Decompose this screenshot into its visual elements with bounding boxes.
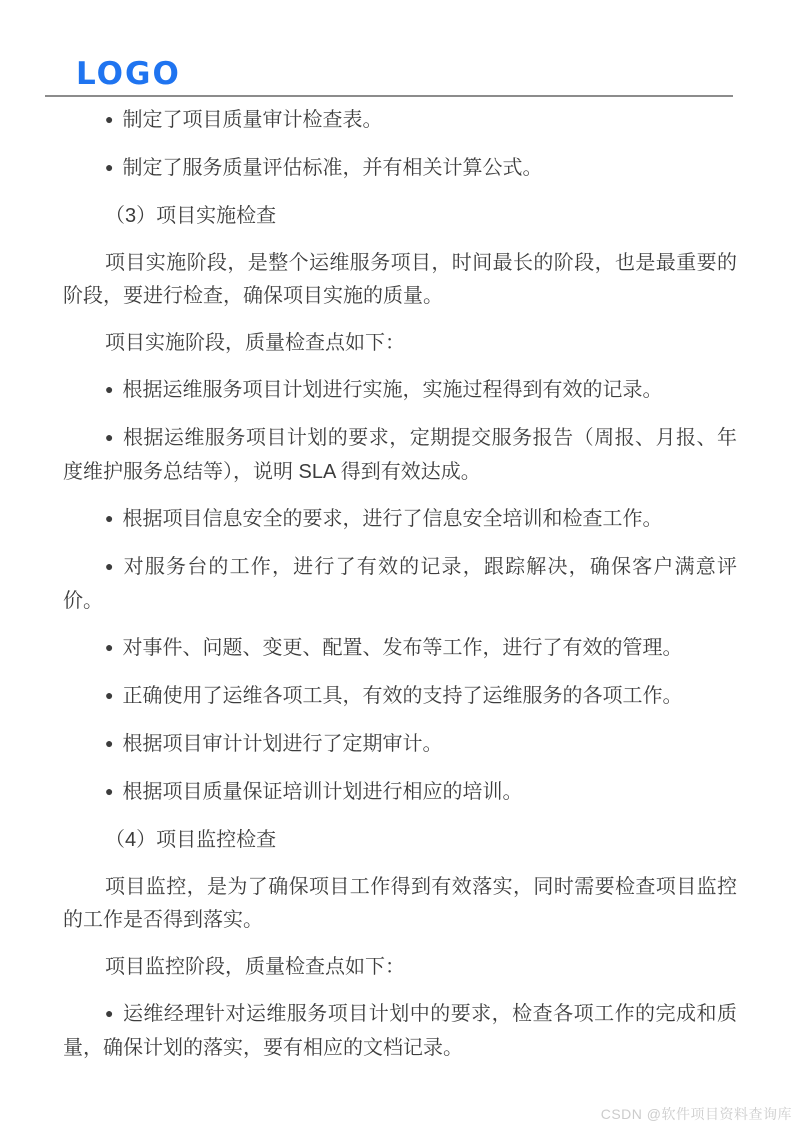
block-text: 对事件、问题、变更、配置、发布等工作，进行了有效的管理。 <box>122 637 682 659</box>
block-text: 根据运维服务项目计划的要求，定期提交服务报告（周报、月报、年度维护服务总结等），… <box>63 427 737 483</box>
block-text: 制定了服务质量评估标准，并有相关计算公式。 <box>122 157 542 179</box>
bullet-item: ●运维经理针对运维服务项目计划中的要求，检查各项工作的完成和质量，确保计划的落实… <box>63 998 737 1065</box>
bullet-item: ●对事件、问题、变更、配置、发布等工作，进行了有效的管理。 <box>63 632 737 666</box>
bullet-item: ●根据项目信息安全的要求，进行了信息安全培训和检查工作。 <box>63 503 737 537</box>
block-text: 根据运维服务项目计划进行实施，实施过程得到有效的记录。 <box>122 379 662 401</box>
block-text: 项目监控阶段，质量检查点如下： <box>105 956 405 978</box>
bullet-icon: ● <box>105 111 113 127</box>
bullet-icon: ● <box>105 558 115 574</box>
section-heading: （3）项目实施检查 <box>63 200 737 233</box>
bullet-item: ●对服务台的工作，进行了有效的记录，跟踪解决，确保客户满意评价。 <box>63 551 737 618</box>
company-logo: LOGO <box>76 58 800 90</box>
bullet-item: ●制定了项目质量审计检查表。 <box>63 104 737 138</box>
page-header: LOGO <box>0 0 800 97</box>
bullet-icon: ● <box>105 429 114 445</box>
block-text: 根据项目质量保证培训计划进行相应的培训。 <box>122 781 522 803</box>
bullet-icon: ● <box>105 735 113 751</box>
document-page: LOGO ●制定了项目质量审计检查表。●制定了服务质量评估标准，并有相关计算公式… <box>0 0 800 1132</box>
block-text: 运维经理针对运维服务项目计划中的要求，检查各项工作的完成和质量，确保计划的落实，… <box>63 1003 737 1059</box>
bullet-item: ●根据项目质量保证培训计划进行相应的培训。 <box>63 776 737 810</box>
block-text: 正确使用了运维各项工具，有效的支持了运维服务的各项工作。 <box>122 685 682 707</box>
block-text: 项目监控，是为了确保项目工作得到有效落实，同时需要检查项目监控的工作是否得到落实… <box>63 876 737 931</box>
paragraph: 项目监控，是为了确保项目工作得到有效落实，同时需要检查项目监控的工作是否得到落实… <box>63 871 737 937</box>
block-text: （3）项目实施检查 <box>105 205 276 227</box>
bullet-icon: ● <box>105 159 113 175</box>
bullet-icon: ● <box>105 1005 114 1021</box>
bullet-icon: ● <box>105 783 113 799</box>
bullet-item: ●根据项目审计计划进行了定期审计。 <box>63 728 737 762</box>
block-text: 项目实施阶段，是整个运维服务项目，时间最长的阶段，也是最重要的阶段，要进行检查，… <box>63 252 737 307</box>
bullet-item: ●根据运维服务项目计划的要求，定期提交服务报告（周报、月报、年度维护服务总结等）… <box>63 422 737 489</box>
block-text: 制定了项目质量审计检查表。 <box>122 109 382 131</box>
bullet-icon: ● <box>105 510 113 526</box>
section-heading: （4）项目监控检查 <box>63 824 737 857</box>
paragraph: 项目监控阶段，质量检查点如下： <box>63 951 737 984</box>
document-body: ●制定了项目质量审计检查表。●制定了服务质量评估标准，并有相关计算公式。（3）项… <box>63 104 737 1065</box>
header-divider <box>45 95 733 97</box>
block-text: （4）项目监控检查 <box>105 829 276 851</box>
bullet-item: ●制定了服务质量评估标准，并有相关计算公式。 <box>63 152 737 186</box>
paragraph: 项目实施阶段，质量检查点如下： <box>63 327 737 360</box>
block-text: 对服务台的工作，进行了有效的记录，跟踪解决，确保客户满意评价。 <box>63 556 737 612</box>
block-text: 项目实施阶段，质量检查点如下： <box>105 332 405 354</box>
bullet-icon: ● <box>105 687 113 703</box>
bullet-item: ●正确使用了运维各项工具，有效的支持了运维服务的各项工作。 <box>63 680 737 714</box>
bullet-item: ●根据运维服务项目计划进行实施，实施过程得到有效的记录。 <box>63 374 737 408</box>
bullet-icon: ● <box>105 381 113 397</box>
bullet-icon: ● <box>105 639 113 655</box>
block-text: 根据项目审计计划进行了定期审计。 <box>122 733 442 755</box>
block-text: 根据项目信息安全的要求，进行了信息安全培训和检查工作。 <box>122 508 662 530</box>
paragraph: 项目实施阶段，是整个运维服务项目，时间最长的阶段，也是最重要的阶段，要进行检查，… <box>63 247 737 313</box>
csdn-watermark: CSDN @软件项目资料查询库 <box>601 1104 792 1124</box>
